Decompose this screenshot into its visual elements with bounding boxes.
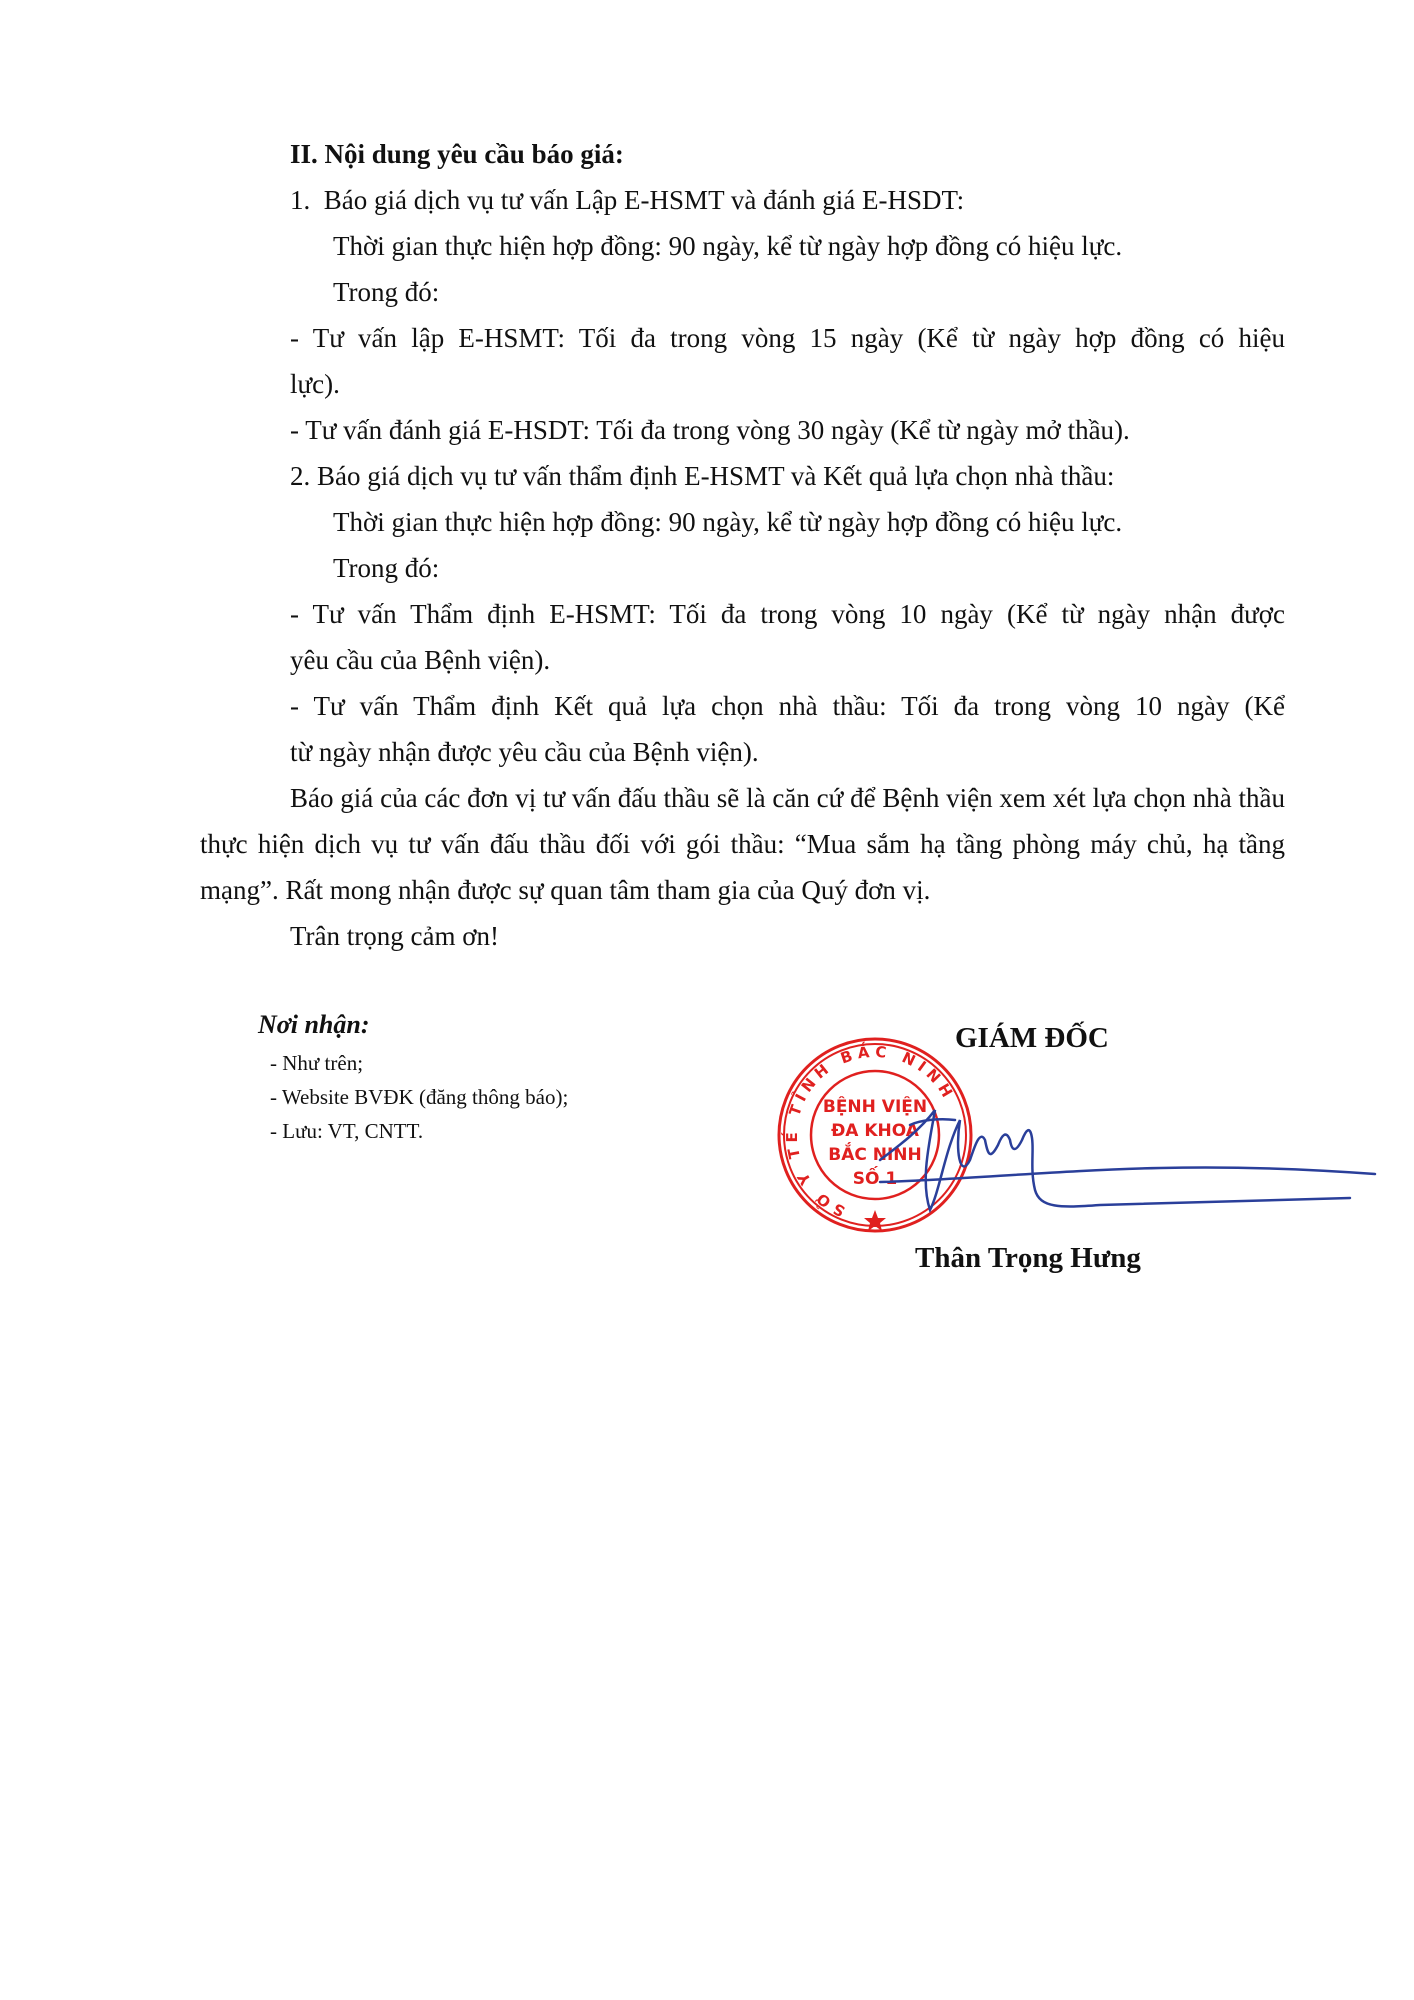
recipient-item: - Như trên;	[270, 1046, 363, 1080]
item2-sub1-cont: yêu cầu của Bệnh viện).	[290, 644, 550, 676]
item2-sub1: - Tư vấn Thẩm định E-HSMT: Tối đa trong …	[290, 598, 1285, 630]
closing-thanks: Trân trọng cảm ơn!	[200, 913, 1285, 959]
item2-duration: Thời gian thực hiện hợp đồng: 90 ngày, k…	[333, 506, 1122, 538]
recipients-heading: Nơi nhận:	[258, 1010, 370, 1040]
signer-title: GIÁM ĐỐC	[955, 1022, 1109, 1055]
recipient-item: - Lưu: VT, CNTT.	[270, 1114, 423, 1148]
recipient-item: - Website BVĐK (đăng thông báo);	[270, 1080, 568, 1114]
section-heading: II. Nội dung yêu cầu báo giá:	[290, 138, 624, 170]
signature-icon	[860, 1090, 1380, 1250]
item2-sub2: - Tư vấn Thẩm định Kết quả lựa chọn nhà …	[290, 690, 1285, 722]
item1-in-which: Trong đó:	[333, 276, 439, 308]
item1-title: 1. Báo giá dịch vụ tư vấn Lập E-HSMT và …	[290, 184, 964, 216]
item1-duration: Thời gian thực hiện hợp đồng: 90 ngày, k…	[333, 230, 1122, 262]
closing-block: Báo giá của các đơn vị tư vấn đấu thầu s…	[200, 775, 1285, 959]
item2-in-which: Trong đó:	[333, 552, 439, 584]
signer-name: Thân Trọng Hưng	[915, 1242, 1141, 1275]
item1-sub2: - Tư vấn đánh giá E-HSDT: Tối đa trong v…	[290, 414, 1130, 446]
item1-sub1-cont: lực).	[290, 368, 340, 400]
item2-sub2-cont: từ ngày nhận được yêu cầu của Bệnh viện)…	[290, 736, 759, 768]
item2-title: 2. Báo giá dịch vụ tư vấn thẩm định E-HS…	[290, 460, 1114, 492]
item1-sub1: - Tư vấn lập E-HSMT: Tối đa trong vòng 1…	[290, 322, 1285, 354]
closing-paragraph: Báo giá của các đơn vị tư vấn đấu thầu s…	[200, 775, 1285, 913]
